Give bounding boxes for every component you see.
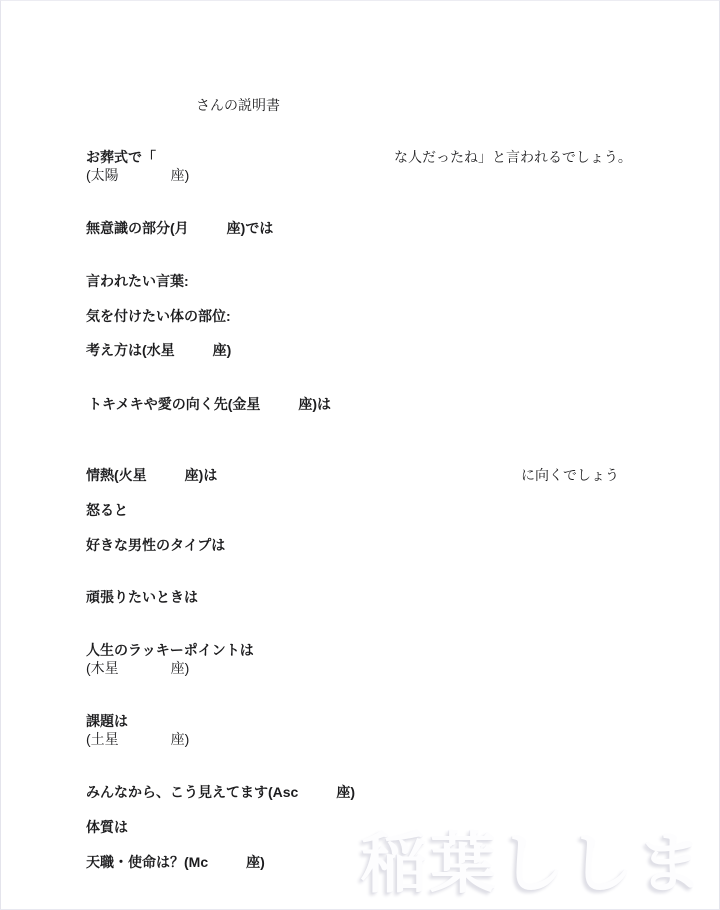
jupiter-sign-close: 座)	[171, 660, 190, 676]
sun-planet-open: (太陽	[86, 167, 119, 183]
blank-sign-field	[189, 232, 227, 233]
body-care-line: 気を付けたい体の部位:	[86, 307, 231, 326]
blank-sign-field	[119, 743, 171, 744]
saturn-label: 課題は	[86, 713, 128, 729]
moon-line: 無意識の部分(月座)では	[86, 219, 273, 238]
sun-question-line: お葬式で「	[86, 148, 156, 167]
venus-suffix: 座)は	[298, 396, 331, 412]
jupiter-planet-open: (木星	[86, 660, 119, 676]
wish-words-label: 言われたい言葉:	[86, 273, 189, 289]
blank-sign-field	[298, 796, 336, 797]
blank-sign-field	[147, 479, 185, 480]
male-type-line: 好きな男性のタイプは	[86, 536, 225, 555]
blank-sign-field	[175, 354, 213, 355]
mercury-suffix: 座)	[213, 342, 232, 358]
effort-line: 頑張りたいときは	[86, 588, 198, 607]
mc-label: 天職・使命は？(Mc	[86, 854, 208, 870]
anger-label: 怒ると	[86, 502, 128, 518]
saturn-title-line: 課題は	[86, 712, 128, 731]
blank-sign-field	[119, 672, 171, 673]
jupiter-label: 人生のラッキーポイントは	[86, 642, 254, 658]
document-page: さんの説明書 お葬式で「 な人だったね」と言われるでしょう。 (太陽座) 無意識…	[0, 0, 720, 910]
asc-label: みんなから、こう見えてます(Asc	[86, 784, 298, 800]
constitution-label: 体質は	[86, 819, 128, 835]
blank-sign-field	[119, 179, 171, 180]
anger-line: 怒ると	[86, 501, 128, 520]
effort-label: 頑張りたいときは	[86, 589, 198, 605]
mc-line: 天職・使命は？(Mc座)	[86, 853, 265, 872]
mars-right-text: に向くでしょう	[521, 466, 619, 485]
asc-suffix: 座)	[336, 784, 355, 800]
sun-sign-line: (太陽座)	[86, 166, 189, 185]
venus-line: トキメキや愛の向く先(金星座)は	[88, 395, 331, 414]
wish-words-line: 言われたい言葉:	[86, 272, 189, 291]
venus-label: トキメキや愛の向く先(金星	[88, 396, 260, 412]
mars-line: 情熱(火星座)は	[86, 466, 217, 485]
sun-question-label: お葬式で「	[86, 149, 156, 165]
saturn-sign-line: (土星座)	[86, 730, 189, 749]
blank-sign-field	[260, 408, 298, 409]
jupiter-sign-line: (木星座)	[86, 659, 189, 678]
saturn-planet-open: (土星	[86, 731, 119, 747]
watermark: 稲葉ししま	[361, 827, 706, 900]
sun-sign-close: 座)	[171, 167, 190, 183]
blank-sign-field	[208, 866, 246, 867]
mars-suffix: 座)は	[185, 467, 218, 483]
moon-label: 無意識の部分(月	[86, 220, 189, 236]
saturn-sign-close: 座)	[171, 731, 190, 747]
body-care-label: 気を付けたい体の部位:	[86, 308, 231, 324]
mercury-label: 考え方は(水星	[86, 342, 175, 358]
mc-suffix: 座)	[246, 854, 265, 870]
mars-label: 情熱(火星	[86, 467, 147, 483]
mercury-line: 考え方は(水星座)	[86, 341, 231, 360]
moon-suffix: 座)では	[227, 220, 274, 236]
constitution-line: 体質は	[86, 818, 128, 837]
asc-line: みんなから、こう見えてます(Asc座)	[86, 783, 355, 802]
sun-answer-suffix: な人だったね」と言われるでしょう。	[394, 148, 632, 167]
male-type-label: 好きな男性のタイプは	[86, 537, 225, 553]
jupiter-title-line: 人生のラッキーポイントは	[86, 641, 254, 660]
page-title: さんの説明書	[196, 97, 280, 114]
